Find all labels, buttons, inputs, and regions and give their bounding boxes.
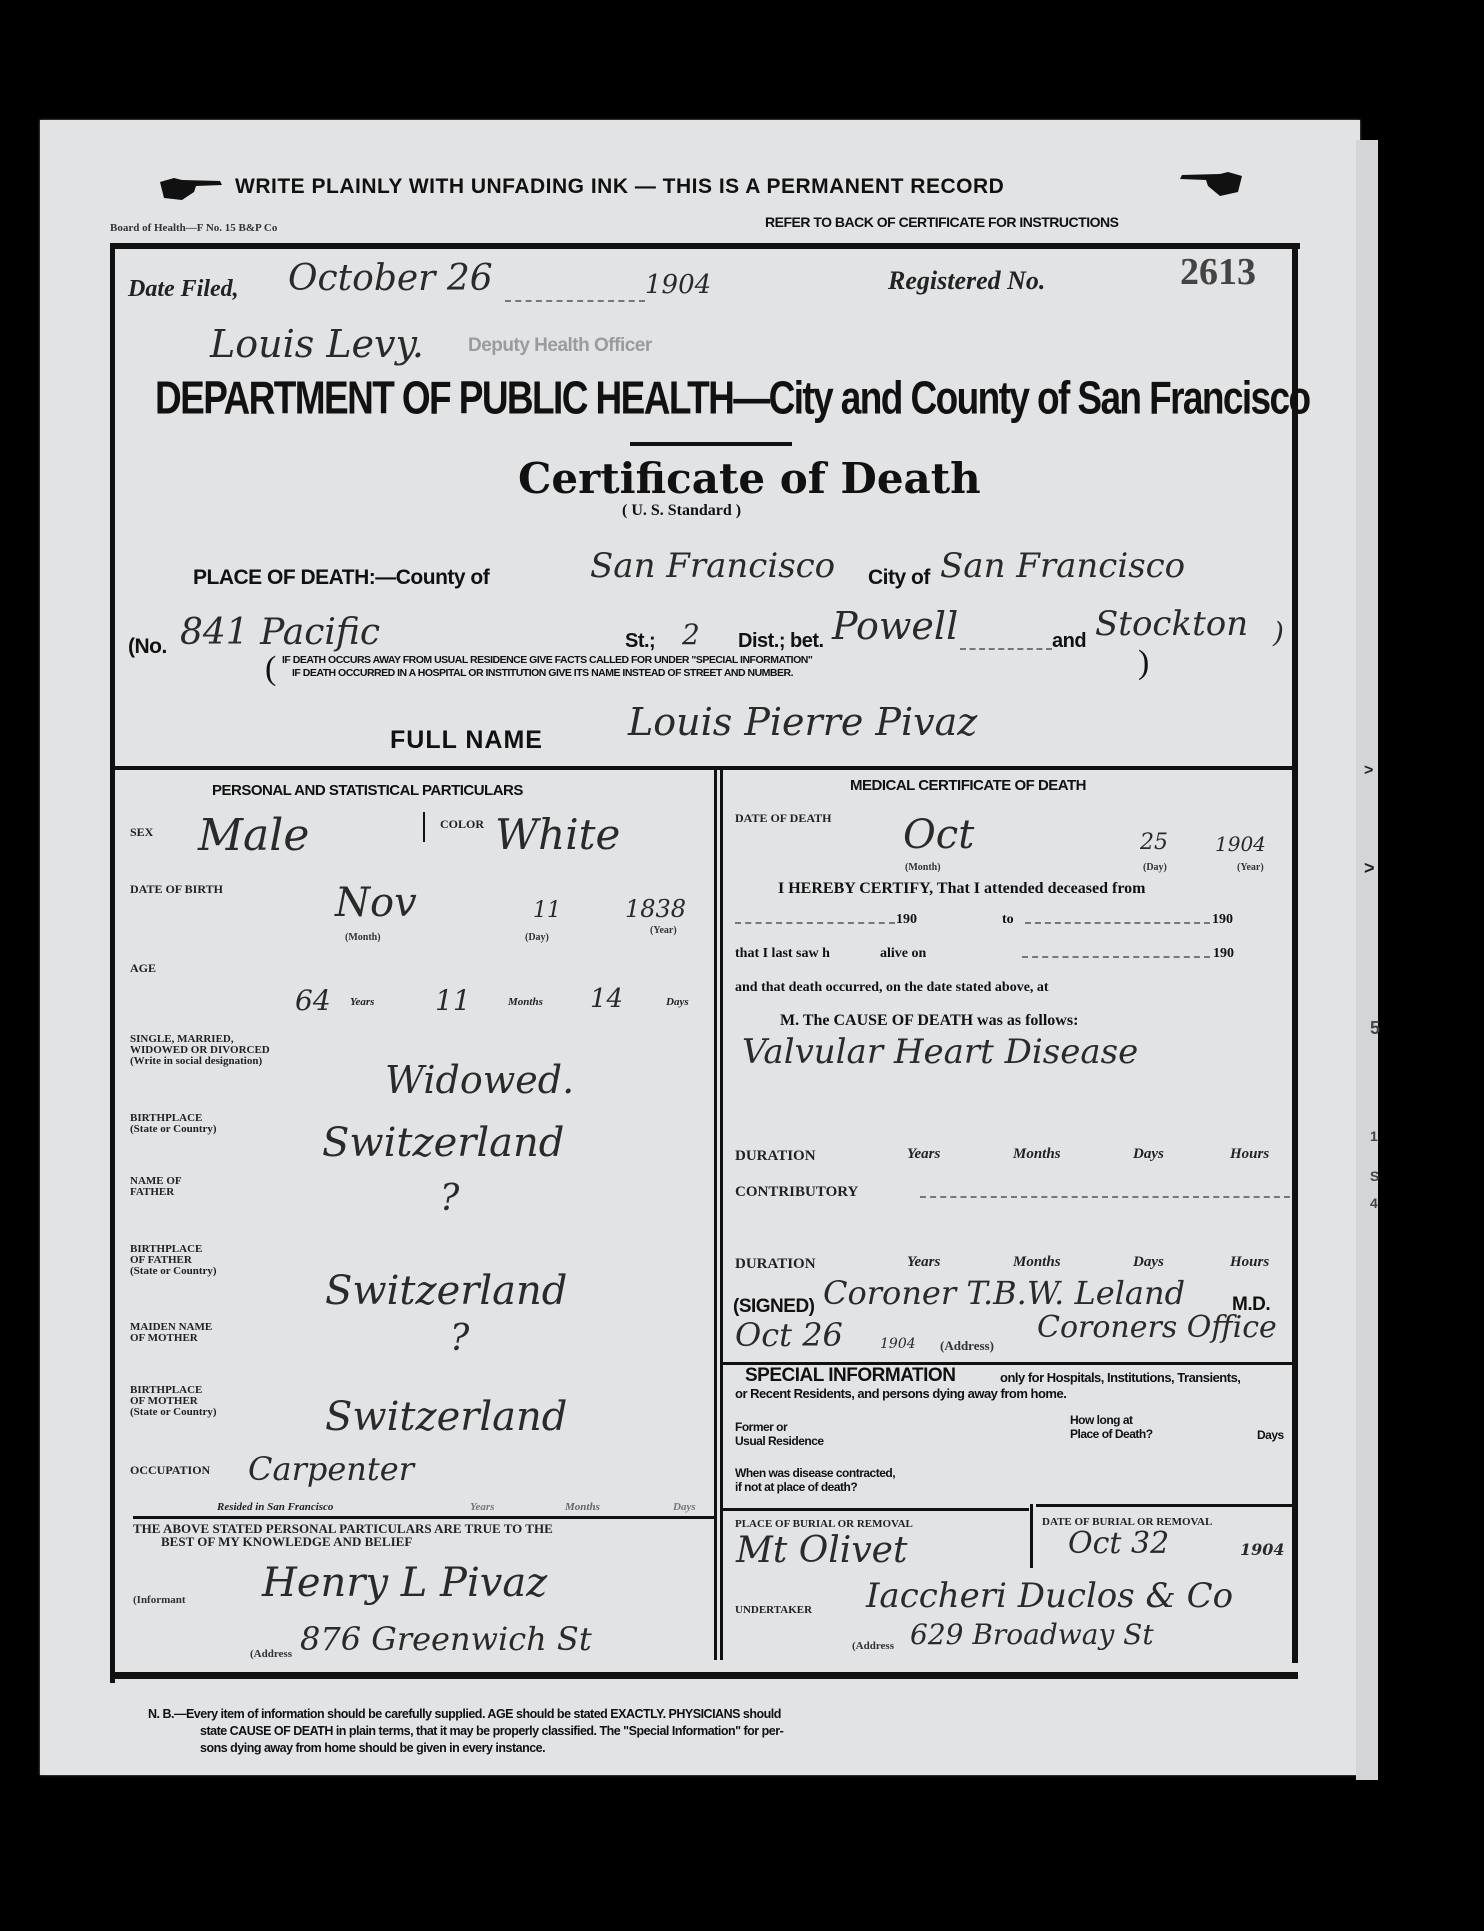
dob-year: 1838 [625, 895, 686, 923]
burial-place: Mt Olivet [736, 1530, 907, 1571]
attended-from-190: 190 [896, 912, 917, 928]
alive-on-line [1022, 956, 1210, 958]
father-name-value: ? [440, 1178, 459, 1219]
place-note-1: IF DEATH OCCURS AWAY FROM USUAL RESIDENC… [282, 654, 812, 666]
age-years-caption: Years [350, 996, 374, 1008]
full-name-value: Louis Pierre Pivaz [628, 700, 977, 744]
between-line [960, 648, 1052, 650]
occupation-value: Carpenter [248, 1450, 414, 1488]
street-address: 841 Pacific [180, 612, 380, 653]
contributory-label: CONTRIBUTORY [735, 1186, 858, 1198]
father-name-label: NAME OF FATHER [130, 1176, 182, 1198]
place-of-death-label: PLACE OF DEATH:—County of [193, 566, 489, 590]
sex-label: SEX [130, 826, 153, 838]
pointing-hand-left-icon [160, 178, 224, 200]
margin-mark: 1 [1370, 1128, 1377, 1144]
marital-label: SINGLE, MARRIED, WIDOWED OR DIVORCED (Wr… [130, 1034, 270, 1067]
form-border-right [1292, 243, 1298, 1663]
signed-by: Coroner T.B.W. Leland [823, 1274, 1185, 1312]
undertaker-address-label: (Address [852, 1640, 894, 1652]
sex-value: Male [198, 810, 309, 861]
date-filed-value: October 26 [288, 258, 493, 299]
death-date-label: DATE OF DEATH [735, 812, 831, 824]
marital-value: Widowed. [385, 1058, 574, 1102]
occupation-label: OCCUPATION [130, 1464, 210, 1476]
date-filed-label: Date Filed, [128, 276, 239, 303]
margin-mark: S [1370, 1168, 1379, 1184]
duration-days-2: Days [1133, 1254, 1164, 1271]
full-name-label: FULL NAME [390, 726, 543, 755]
undertaker-label: UNDERTAKER [735, 1604, 812, 1616]
sex-color-divider [423, 812, 425, 842]
officer-title: Deputy Health Officer [468, 335, 652, 357]
burial-year: 1904 [1240, 1540, 1285, 1559]
undertaker-address: 629 Broadway St [910, 1618, 1154, 1651]
district-value: 2 [682, 618, 700, 651]
form-border-bottom [112, 1672, 1298, 1679]
signed-address-label: (Address) [940, 1338, 994, 1354]
burial-divider-left [723, 1508, 1029, 1511]
informant-label: (Informant [133, 1594, 186, 1606]
date-filed-year: 1904 [645, 270, 711, 300]
special-note-2: or Recent Residents, and persons dying a… [735, 1386, 1066, 1401]
signed-label: (SIGNED) [733, 1296, 815, 1318]
burial-column-divider [1030, 1504, 1033, 1568]
title-divider [630, 442, 792, 446]
death-month-caption: (Month) [905, 862, 941, 873]
street-no-label: (No. [128, 635, 167, 659]
resided-label: Resided in San Francisco [217, 1501, 333, 1513]
informant-statement: THE ABOVE STATED PERSONAL PARTICULARS AR… [133, 1522, 553, 1548]
informant-address: 876 Greenwich St [300, 1620, 592, 1658]
age-years: 64 [295, 984, 331, 1017]
special-heading: SPECIAL INFORMATION [745, 1365, 955, 1387]
mother-birthplace-value: Switzerland [325, 1394, 567, 1440]
attended-to-line [1025, 922, 1210, 924]
burial-divider-right [1036, 1504, 1293, 1507]
father-birthplace-value: Switzerland [325, 1268, 567, 1314]
dob-month: Nov [335, 880, 417, 926]
color-label: COLOR [440, 818, 484, 830]
informant-name: Henry L Pivaz [262, 1560, 547, 1606]
undertaker-name: Iaccheri Duclos & Co [866, 1576, 1233, 1616]
between-street-2: Stockton [1095, 604, 1248, 644]
margin-mark: > [1364, 858, 1374, 879]
between-street-1: Powell [832, 604, 958, 648]
how-long-label: How long at Place of Death? [1070, 1413, 1153, 1441]
place-note-2: IF DEATH OCCURRED IN A HOSPITAL OR INSTI… [292, 667, 793, 679]
duration-label-1: DURATION [735, 1150, 816, 1162]
age-months-caption: Months [508, 996, 543, 1008]
death-month: Oct [903, 812, 974, 858]
note-paren-right: ) [1138, 644, 1149, 682]
duration-hours-1: Hours [1230, 1146, 1269, 1163]
column-divider [714, 770, 717, 1660]
banner: WRITE PLAINLY WITH UNFADING INK — THIS I… [235, 175, 1004, 199]
dob-label: DATE OF BIRTH [130, 883, 223, 895]
resided-days: Days [673, 1501, 696, 1513]
burial-date: Oct 32 [1068, 1526, 1169, 1561]
alive-on-label: alive on [880, 946, 926, 962]
dist-label: Dist.; bet. [738, 630, 824, 653]
birthplace-label: BIRTHPLACE (State or Country) [130, 1113, 217, 1135]
margin-mark: 4 [1370, 1195, 1377, 1211]
city-label: City of [868, 566, 930, 590]
burial-place-label: PLACE OF BURIAL OR REMOVAL [735, 1518, 913, 1530]
medical-border-left [720, 770, 723, 1660]
margin-mark: > [1364, 762, 1373, 780]
former-residence-label: Former or Usual Residence [735, 1420, 824, 1448]
death-day-caption: (Day) [1143, 862, 1167, 873]
paper-edge [1356, 140, 1378, 1780]
form-border-left [110, 243, 115, 1683]
cause-line: M. The CAUSE OF DEATH was as follows: [780, 1012, 1078, 1030]
signed-address: Coroners Office [1037, 1310, 1277, 1345]
age-days: 14 [590, 984, 623, 1014]
medical-heading: MEDICAL CERTIFICATE OF DEATH [850, 777, 1086, 794]
form-border-top [112, 243, 1300, 249]
age-months: 11 [435, 984, 471, 1017]
age-label: AGE [130, 962, 156, 974]
cause-of-death: Valvular Heart Disease [742, 1032, 1138, 1072]
dob-day: 11 [533, 898, 561, 923]
duration-years-1: Years [907, 1146, 940, 1163]
certificate-subtitle: ( U. S. Standard ) [622, 502, 741, 520]
certify-line: I HEREBY CERTIFY, That I attended deceas… [778, 880, 1145, 898]
duration-label-2: DURATION [735, 1258, 816, 1270]
certificate-title: Certificate of Death [518, 454, 981, 503]
mother-name-label: MAIDEN NAME OF MOTHER [130, 1322, 212, 1344]
registered-label: Registered No. [888, 266, 1045, 296]
note-paren-left: ( [265, 650, 276, 688]
margin-mark: 5 [1370, 1018, 1380, 1039]
instructions-note: REFER TO BACK OF CERTIFICATE FOR INSTRUC… [765, 214, 1118, 230]
informant-address-label: (Address [250, 1648, 292, 1660]
occurred-line: and that death occurred, on the date sta… [735, 980, 1049, 996]
contributory-line [920, 1196, 1290, 1198]
last-saw-label: that I last saw h [735, 946, 830, 962]
dob-year-caption: (Year) [650, 925, 677, 936]
department-title: DEPARTMENT OF PUBLIC HEALTH—City and Cou… [155, 372, 1310, 425]
section-divider-top [115, 766, 1295, 770]
duration-hours-2: Hours [1230, 1254, 1269, 1271]
city-value: San Francisco [940, 546, 1185, 586]
death-year-caption: (Year) [1237, 862, 1264, 873]
father-birthplace-label: BIRTHPLACE OF FATHER (State or Country) [130, 1244, 217, 1277]
informant-divider [133, 1516, 714, 1519]
special-note-1: only for Hospitals, Institutions, Transi… [1000, 1370, 1240, 1385]
dob-day-caption: (Day) [525, 932, 549, 943]
dob-month-caption: (Month) [345, 932, 381, 943]
close-paren: ) [1273, 616, 1284, 649]
color-value: White [495, 810, 620, 859]
pointing-hand-right-icon [1178, 172, 1242, 196]
age-days-caption: Days [666, 996, 689, 1008]
death-year: 1904 [1215, 832, 1266, 856]
registered-number: 2613 [1180, 250, 1256, 294]
officer-signature: Louis Levy. [210, 322, 424, 366]
st-label: St.; [625, 630, 655, 653]
how-long-days: Days [1257, 1428, 1284, 1442]
last-saw-190: 190 [1213, 946, 1234, 962]
duration-days-1: Days [1133, 1146, 1164, 1163]
footer-note: N. B.—Every item of information should b… [148, 1706, 783, 1757]
signed-date: Oct 26 [735, 1316, 843, 1354]
signed-year: 1904 [880, 1336, 916, 1352]
contracted-label: When was disease contracted, if not at p… [735, 1466, 895, 1494]
birthplace-value: Switzerland [322, 1120, 564, 1166]
duration-months-2: Months [1013, 1254, 1061, 1271]
date-filed-line [505, 300, 645, 302]
mother-name-value: ? [450, 1318, 469, 1359]
duration-years-2: Years [907, 1254, 940, 1271]
mother-birthplace-label: BIRTHPLACE OF MOTHER (State or Country) [130, 1385, 217, 1418]
attended-to-190: 190 [1212, 912, 1233, 928]
resided-months: Months [565, 1501, 600, 1513]
attended-to-label: to [1002, 912, 1014, 928]
and-label: and [1052, 630, 1086, 653]
attended-from-line [735, 922, 895, 924]
duration-months-1: Months [1013, 1146, 1061, 1163]
resided-years: Years [470, 1501, 494, 1513]
county-value: San Francisco [590, 546, 835, 586]
death-day: 25 [1140, 830, 1168, 855]
form-number: Board of Health—F No. 15 B&P Co [110, 222, 277, 234]
personal-heading: PERSONAL AND STATISTICAL PARTICULARS [212, 782, 523, 799]
